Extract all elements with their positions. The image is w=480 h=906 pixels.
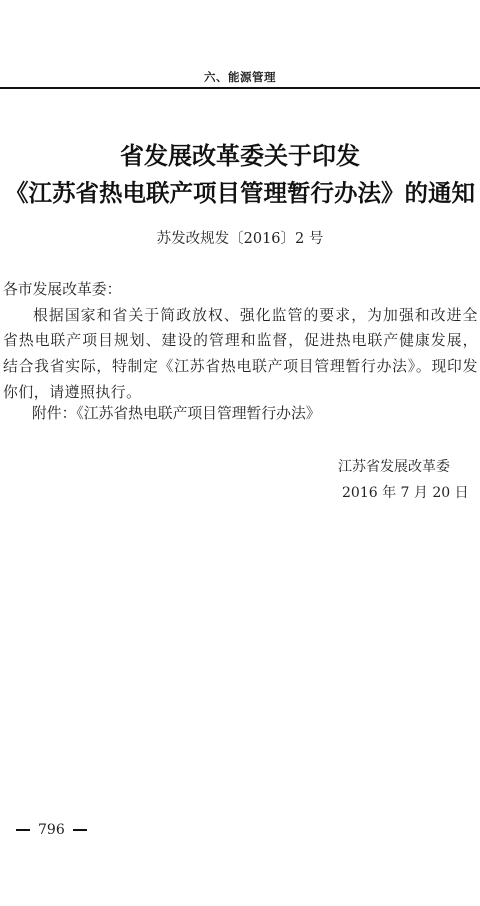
document-title-line-1: 省发展改革委关于印发: [0, 136, 480, 171]
signature-organization: 江苏省发展改革委: [338, 456, 450, 476]
document-title-line-2: 《江苏省热电联产项目管理暂行办法》的通知: [0, 174, 480, 208]
running-head: 六、能源管理: [0, 69, 480, 85]
attachment-line: 附件：《江苏省热电联产项目管理暂行办法》: [32, 402, 321, 423]
page-footer: 796: [16, 822, 87, 838]
salutation: 各市发展改革委：: [3, 277, 478, 303]
header-rule: [0, 87, 480, 89]
dash-left: [16, 829, 30, 831]
page-number: 796: [38, 822, 65, 838]
body-paragraph: 根据国家和省关于简政放权、强化监管的要求，为加强和改进全省热电联产项目规划、建设…: [3, 303, 478, 406]
signature-date: 2016 年 7 月 20 日: [342, 482, 469, 502]
document-number: 苏发改规发〔2016〕2 号: [0, 227, 480, 248]
dash-right: [73, 829, 87, 831]
